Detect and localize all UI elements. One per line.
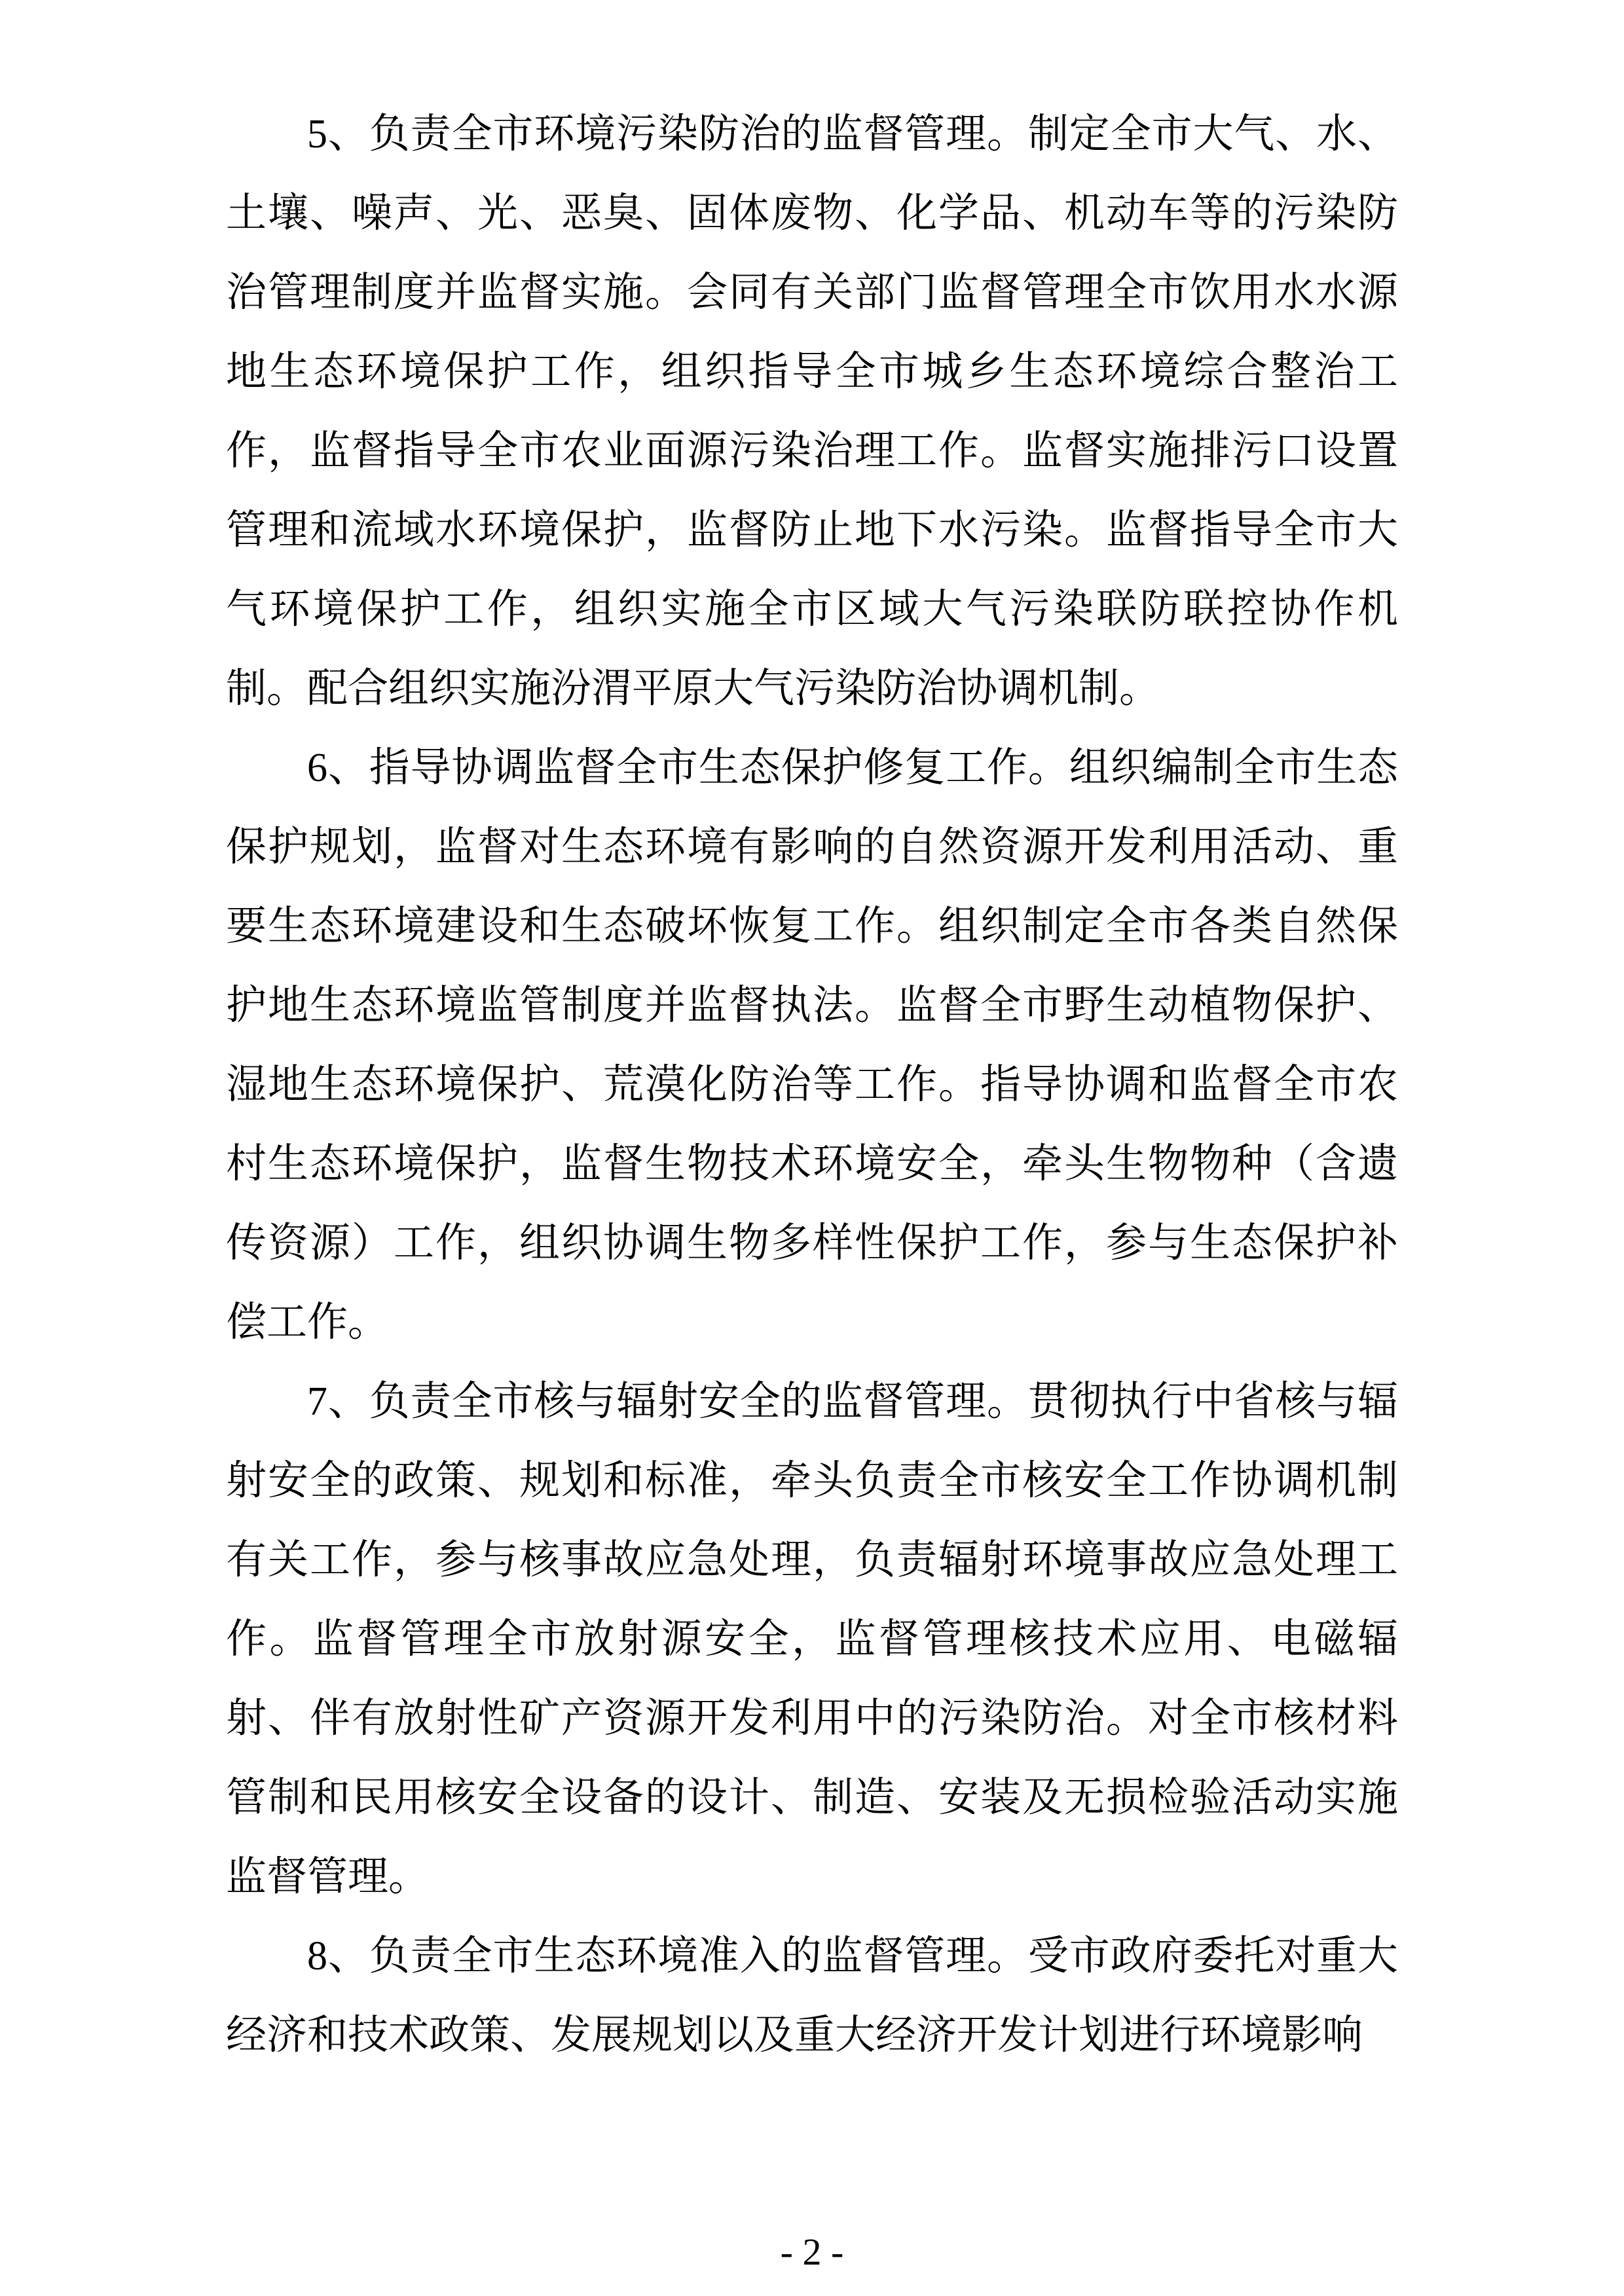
paragraph-duty-5: 5、负责全市环境污染防治的监督管理。制定全市大气、水、土壤、噪声、光、恶臭、固体…: [226, 95, 1398, 729]
paragraph-duty-8: 8、负责全市生态环境准入的监督管理。受市政府委托对重大经济和技术政策、发展规划以…: [226, 1917, 1398, 2075]
paragraph-duty-6: 6、指导协调监督全市生态保护修复工作。组织编制全市生态保护规划，监督对生态环境有…: [226, 729, 1398, 1362]
document-page: 5、负责全市环境污染防治的监督管理。制定全市大气、水、土壤、噪声、光、恶臭、固体…: [0, 0, 1624, 2296]
page-footer: - 2 -: [0, 2223, 1624, 2282]
paragraph-duty-7: 7、负责全市核与辐射安全的监督管理。贯彻执行中省核与辐射安全的政策、规划和标准，…: [226, 1362, 1398, 1917]
document-body: 5、负责全市环境污染防治的监督管理。制定全市大气、水、土壤、噪声、光、恶臭、固体…: [226, 95, 1398, 2075]
page-number: - 2 -: [781, 2231, 844, 2273]
